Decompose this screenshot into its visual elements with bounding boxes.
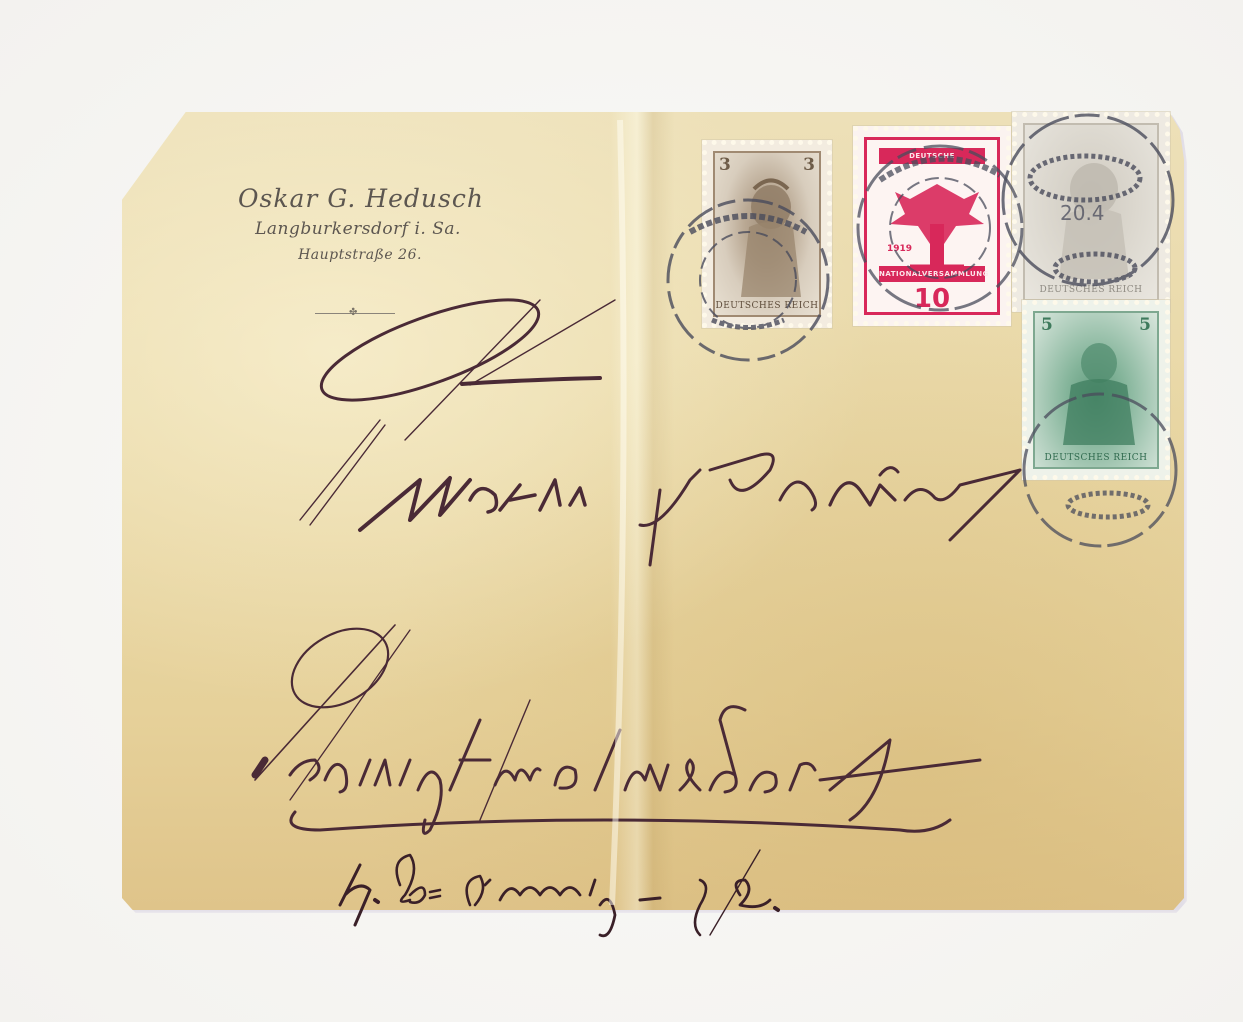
address-post-office: b. Ob.-Neukirch - i/Sa. (0, 0, 1, 1)
stamp-caption: DEUTSCHES REICH (715, 301, 819, 311)
stamp-top-band: DEUTSCHE (879, 148, 985, 164)
stamp-frame: 3 3 DEUTSCHES REICH (713, 151, 821, 317)
stamp-caption-band: NATIONALVERSAMMLUNG (879, 266, 985, 282)
germania-portrait-icon (1039, 325, 1159, 465)
ornament-icon: ✤ (349, 307, 357, 318)
stamp-caption: DEUTSCHES REICH (1035, 453, 1157, 463)
stamp-frame: DEUTSCHES REICH (1023, 123, 1159, 301)
address-recipient: Martin Hedusch (0, 0, 1, 1)
address-salutation: Herrn (0, 0, 1, 1)
sender-imprint: Oskar G. Hedusch Langburkersdorf i. Sa. … (200, 184, 530, 263)
photo-scene: Oskar G. Hedusch Langburkersdorf i. Sa. … (0, 0, 1243, 1022)
germania-portrait-icon (1029, 139, 1159, 289)
address-town: Steinigtwolmsdorf (0, 0, 1, 1)
stamp-frame: DEUTSCHE 1919 NATIONALVERSAMMLUNG 10 (864, 137, 1000, 315)
sender-street: Hauptstraße 26. (190, 247, 530, 263)
stamp-year: 1919 (887, 244, 912, 254)
postmark-town: LANGBURKERSDORF (0, 0, 1, 1)
sender-town: Langburkersdorf i. Sa. (186, 219, 530, 239)
sender-name: Oskar G. Hedusch (192, 184, 530, 213)
stamp-denomination: 10 (867, 284, 997, 314)
stamp-frame: 5 5 DEUTSCHES REICH (1033, 311, 1159, 469)
stamp-germania-grey: DEUTSCHES REICH (1012, 112, 1170, 312)
stamp-nationalversammlung-10: DEUTSCHE 1919 NATIONALVERSAMMLUNG 10 (853, 126, 1011, 326)
stamp-caption: DEUTSCHES REICH (1025, 285, 1157, 295)
stamp-germania-5: 5 5 DEUTSCHES REICH (1022, 300, 1170, 480)
stamp-germania-3: 3 3 DEUTSCHES REICH (702, 140, 832, 328)
germania-portrait-icon (719, 167, 823, 317)
oak-tree-icon (870, 164, 1004, 274)
